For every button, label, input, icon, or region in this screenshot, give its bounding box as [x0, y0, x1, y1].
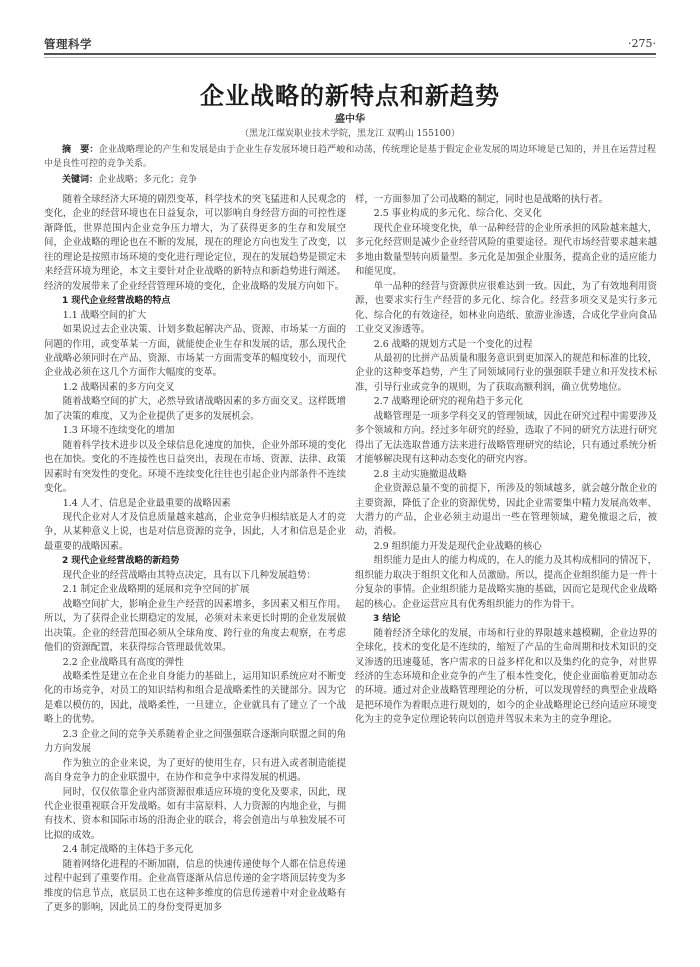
- running-head: 管理科学 ·275·: [44, 36, 656, 54]
- author-name: 盛中华: [0, 110, 700, 125]
- paragraph-2-3b: 同时，仅仅依靠企业内部资源很难适应环境的变化及要求，因此，现代企业很重视联合开发…: [44, 786, 346, 844]
- paragraph-2-5b: 单一品种的经营与资源供应很难达到一致。因此，为了有效地利用资源，也要求实行生产经…: [355, 280, 657, 338]
- paragraph-3: 随着经济全球化的发展，市场和行业的界限越来越模糊，企业边界的全球化，技术的变化是…: [355, 627, 657, 728]
- paragraph-2-4-continued: 样，一方面参加了公司战略的制定，同时也是战略的执行者。: [355, 193, 657, 207]
- section-heading-1: 1 现代企业经营战略的特点: [44, 294, 346, 308]
- abstract-label: 摘 要：: [62, 145, 99, 155]
- subsection-heading-1-1: 1.1 战略空间的扩大: [44, 309, 346, 323]
- paragraph-1-4: 现代企业对人才及信息质量越来越高，企业竞争归根结底是人才的竞争，从某种意义上说，…: [44, 511, 346, 554]
- subsection-heading-2-7: 2.7 战略理论研究的视角趋于多元化: [355, 395, 657, 409]
- paragraph-2-7: 战略管理是一项多学科交叉的管理领域，因此在研究过程中需要涉及多个领域和方向。经过…: [355, 410, 657, 468]
- subsection-heading-2-9: 2.9 组织能力开发是现代企业战略的核心: [355, 540, 657, 554]
- journal-name: 管理科学: [44, 36, 92, 52]
- section-heading-2: 2 现代企业经营战略的新趋势: [44, 554, 346, 568]
- subsection-heading-1-4: 1.4 人才、信息是企业最重要的战略因素: [44, 497, 346, 511]
- section-heading-3: 3 结论: [355, 612, 657, 626]
- subsection-heading-2-6: 2.6 战略的规划方式是一个变化的过程: [355, 338, 657, 352]
- paragraph-1-1: 如果说过去企业决策、计划多数起解决产品、资源、市场某一方面的问题的作用，或变革某…: [44, 323, 346, 381]
- keywords: 关键词：企业战略；多元化；竞争: [44, 173, 656, 187]
- page-number: ·275·: [628, 37, 656, 50]
- abstract-text: 企业战略理论的产生和发展是由于企业生存发展环境日趋严峻和动荡，传统理论是基于假定…: [44, 145, 656, 169]
- paragraph-2-3a: 作为独立的企业来说，为了更好的使用生存，只有进入或者制造能提高自身竞争力的企业联…: [44, 757, 346, 786]
- subsection-heading-2-1: 2.1 制定企业战略期的延展和竞争空间的扩展: [44, 583, 346, 597]
- right-column: 样，一方面参加了公司战略的制定，同时也是战略的执行者。 2.5 事业构成的多元化…: [355, 193, 657, 728]
- keywords-label: 关键词：: [62, 175, 98, 185]
- abstract: 摘 要：企业战略理论的产生和发展是由于企业生存发展环境日趋严峻和动荡，传统理论是…: [44, 143, 656, 171]
- paragraph-2-intro: 现代企业的经营战略由其特点决定，具有以下几种发展趋势：: [44, 569, 346, 583]
- paragraph-1-2: 随着战略空间的扩大，必然导致诸战略因素的多方面交叉。这样既增加了决策的难度，又为…: [44, 395, 346, 424]
- paragraph-2-1: 战略空间扩大，影响企业生产经营的因素增多，多因素又相互作用。所以，为了获得企业长…: [44, 598, 346, 656]
- paragraph-2-8: 企业资源总量不变的前提下，所涉及的领域越多，就会越分散企业的主要资源，降低了企业…: [355, 482, 657, 540]
- header-rule: [44, 53, 656, 55]
- subsection-heading-2-5: 2.5 事业构成的多元化、综合化、交叉化: [355, 207, 657, 221]
- subsection-heading-2-8: 2.8 主动实施撤退战略: [355, 468, 657, 482]
- paragraph-2-9: 组织能力是由人的能力构成的，在人的能力及其构成相同的情况下，组织能力取决于组织文…: [355, 554, 657, 612]
- subsection-heading-1-2: 1.2 战略因素的多方向交叉: [44, 381, 346, 395]
- paragraph-2-2: 战略柔性是建立在企业自身能力的基础上，运用知识系统应对不断变化的市场竞争，对员工…: [44, 670, 346, 728]
- author-affiliation: （黑龙江煤炭职业技术学院，黑龙江 双鸭山 155100）: [0, 126, 700, 139]
- subsection-heading-2-3: 2.3 企业之间的竞争关系随着企业之间强强联合逐渐向联盟之间的角力方向发展: [44, 728, 346, 757]
- paragraph-1-3: 随着科学技术进步以及全球信息化速度的加快，企业外部环境的变化也在加快。变化的不连…: [44, 439, 346, 497]
- paragraph-2-5a: 现代企业环境变化快，单一品种经营的企业所承担的风险越来越大，多元化经营则是减少企…: [355, 222, 657, 280]
- keywords-text: 企业战略；多元化；竞争: [98, 175, 197, 185]
- header-rule-thin: [44, 57, 656, 58]
- intro-paragraph: 随着全球经济大环境的剧烈变革，科学技术的突飞猛进和人民观念的变化，企业的经营环境…: [44, 193, 346, 294]
- paragraph-2-6: 从最初的比拼产品质量和服务意识到更加深入的规范和标准的比较，企业的这种变革趋势，…: [355, 352, 657, 395]
- article-title: 企业战略的新特点和新趋势: [0, 76, 700, 111]
- subsection-heading-2-2: 2.2 企业战略具有高度的弹性: [44, 656, 346, 670]
- left-column: 随着全球经济大环境的剧烈变革，科学技术的突飞猛进和人民观念的变化，企业的经营环境…: [44, 193, 346, 916]
- subsection-heading-1-3: 1.3 环境不连续变化的增加: [44, 424, 346, 438]
- paragraph-2-4: 随着网络化进程的不断加剧，信息的快速传递使每个人都在信息传递过程中起到了重要作用…: [44, 858, 346, 916]
- subsection-heading-2-4: 2.4 制定战略的主体趋于多元化: [44, 843, 346, 857]
